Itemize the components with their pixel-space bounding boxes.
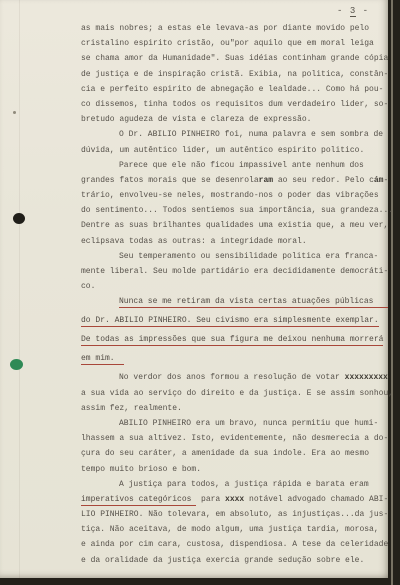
- document-photo: - 3 - as mais nobres; a estas ele levava…: [0, 0, 400, 585]
- typewriter-text: ABILIO PINHEIRO era um bravo, nunca perm…: [119, 419, 378, 428]
- text-line: Nunca se me retiram da vista certas atua…: [81, 297, 389, 316]
- typewriter-text: No verdor dos anos formou a resolução de…: [119, 373, 345, 382]
- text-line: a sua vida ao serviço do direito e da ju…: [81, 389, 389, 404]
- text-line: Dentre as suas brilhantes qualidades uma…: [81, 221, 389, 236]
- text-line: do Dr. ABILIO PINHEIRO. Seu civismo era …: [81, 316, 389, 335]
- struck-out-text: xxxxxxxxx: [345, 373, 388, 382]
- typewriter-text: de justiça e de inspiração cristã. Exibi…: [81, 70, 388, 79]
- typewriter-text: Parece que ele não ficou impassivel ante…: [119, 161, 364, 170]
- text-line: cristalino espirito cristão, ou"por aqui…: [81, 39, 389, 54]
- red-underlined-text: imperativos categóricos: [81, 495, 196, 506]
- typewriter-text: as mais nobres; a estas ele levava-as po…: [81, 24, 369, 33]
- typewriter-text: dúvida, um autêntico lider, um autêntico…: [81, 146, 364, 155]
- typewriter-text: cia e perfeito espirito de abnegação e l…: [81, 85, 383, 94]
- typewriter-text: cristalino espirito cristão, ou"por aqui…: [81, 39, 374, 48]
- typewriter-text: çura do seu caráter, a amenidade da sua …: [81, 449, 369, 458]
- text-line: trário, envolveu-se neles, mostrando-nos…: [81, 191, 389, 206]
- red-underlined-text: Nunca se me retiram da vista certas atua…: [119, 297, 388, 308]
- typewriter-text: trário, envolveu-se neles, mostrando-nos…: [81, 191, 379, 200]
- typewriter-text: ao seu redor. Pelo c: [273, 176, 374, 185]
- typewriter-text: mente liberal. Seu molde partidário era …: [81, 267, 388, 276]
- typewriter-text: Dentre as suas brilhantes qualidades uma…: [81, 221, 388, 230]
- typewritten-text: as mais nobres; a estas ele levava-as po…: [81, 24, 389, 571]
- paper-crease: [19, 0, 20, 578]
- red-underlined-text: em mim.: [81, 354, 124, 365]
- typewriter-text: assim fez, realmente.: [81, 404, 182, 413]
- typewriter-text: lhassem a sua altivez. Isto, evidentemen…: [81, 434, 388, 443]
- typewriter-text: eclipsava todas as outras: a integridade…: [81, 237, 307, 246]
- page-number-suffix: -: [356, 6, 369, 16]
- text-line: assim fez, realmente.: [81, 404, 389, 419]
- text-line: imperativos categóricos para xxxx notáve…: [81, 495, 389, 510]
- black-dot-mark: [13, 213, 25, 224]
- typewriter-text: -: [383, 176, 388, 185]
- typewriter-text: tempo muito brioso e bom.: [81, 465, 201, 474]
- text-line: Seu temperamento ou sensibilidade politi…: [81, 252, 389, 267]
- typewriter-text: se chama amor da Humanidade". Suas idéia…: [81, 54, 388, 63]
- typewriter-text: Seu temperamento ou sensibilidade politi…: [119, 252, 378, 261]
- text-line: e da oralidade da justiça exercia grande…: [81, 556, 389, 571]
- typewriter-text: para: [196, 495, 225, 504]
- typewriter-text: e da oralidade da justiça exercia grande…: [81, 556, 364, 565]
- typewriter-text: notável advogado chamado ABI-: [244, 495, 388, 504]
- typewriter-text: co.: [81, 282, 95, 291]
- text-line: No verdor dos anos formou a resolução de…: [81, 373, 389, 388]
- text-line: çura do seu caráter, a amenidade da sua …: [81, 449, 389, 464]
- text-line: O Dr. ABILIO PINHEIRO foi, numa palavra …: [81, 130, 389, 145]
- paper-speck: [13, 111, 16, 114]
- text-line: Parece que ele não ficou impassivel ante…: [81, 161, 389, 176]
- page-number-prefix: -: [337, 6, 350, 16]
- text-line: co.: [81, 282, 389, 297]
- text-line: se chama amor da Humanidade". Suas idéia…: [81, 54, 389, 69]
- text-line: LIO PINHEIRO. Não tolevara, em absoluto,…: [81, 510, 389, 525]
- text-line: eclipsava todas as outras: a integridade…: [81, 237, 389, 252]
- page-edge-highlight: [391, 0, 393, 585]
- page-number: - 3 -: [337, 6, 369, 16]
- text-line: mente liberal. Seu molde partidário era …: [81, 267, 389, 282]
- red-underlined-text: De todas as impressões que sua figura me…: [81, 335, 383, 346]
- typewriter-text: O Dr. ABILIO PINHEIRO foi, numa palavra …: [119, 130, 383, 139]
- text-line: cia e perfeito espirito de abnegação e l…: [81, 85, 389, 100]
- text-line: tiça. Não aceitava, de modo algum, uma j…: [81, 525, 389, 540]
- text-line: A justiça para todos, a justiça rápida e…: [81, 480, 389, 495]
- typewriter-text: A justiça para todos, a justiça rápida e…: [119, 480, 369, 489]
- typewriter-text: co dissemos, tinha todos os requisitos d…: [81, 100, 388, 109]
- text-line: grandes fatos morais que se desenrolaram…: [81, 176, 389, 191]
- text-line: bretudo agudeza de vista e clareza de ex…: [81, 115, 389, 130]
- text-line: co dissemos, tinha todos os requisitos d…: [81, 100, 389, 115]
- text-line: e ainda por cim cara, custosa, dispendio…: [81, 540, 389, 555]
- typewriter-text: LIO PINHEIRO. Não tolevara, em absoluto,…: [81, 510, 388, 519]
- text-line: De todas as impressões que sua figura me…: [81, 335, 389, 354]
- text-line: as mais nobres; a estas ele levava-as po…: [81, 24, 389, 39]
- text-line: tempo muito brioso e bom.: [81, 465, 389, 480]
- text-line: do sentimento... Todos sentiemos sua imp…: [81, 206, 389, 221]
- text-line: lhassem a sua altivez. Isto, evidentemen…: [81, 434, 389, 449]
- typewriter-text: do sentimento... Todos sentiemos sua imp…: [81, 206, 393, 215]
- text-line: em mim.: [81, 354, 389, 373]
- typewriter-text: a sua vida ao serviço do direito e da ju…: [81, 389, 393, 398]
- struck-out-text: ram: [259, 176, 273, 185]
- red-underlined-text: do Dr. ABILIO PINHEIRO. Seu civismo era …: [81, 316, 379, 327]
- green-dot-mark: [10, 359, 23, 370]
- text-line: ABILIO PINHEIRO era um bravo, nunca perm…: [81, 419, 389, 434]
- typewriter-text: tiça. Não aceitava, de modo algum, uma j…: [81, 525, 379, 534]
- text-line: dúvida, um autêntico lider, um autêntico…: [81, 146, 389, 161]
- typewriter-text: grandes fatos morais que se desenrola: [81, 176, 259, 185]
- typewriter-text: e ainda por cim cara, custosa, dispendio…: [81, 540, 388, 549]
- text-line: de justiça e de inspiração cristã. Exibi…: [81, 70, 389, 85]
- struck-out-text: xxxx: [225, 495, 244, 504]
- typewriter-text: bretudo agudeza de vista e clareza de ex…: [81, 115, 311, 124]
